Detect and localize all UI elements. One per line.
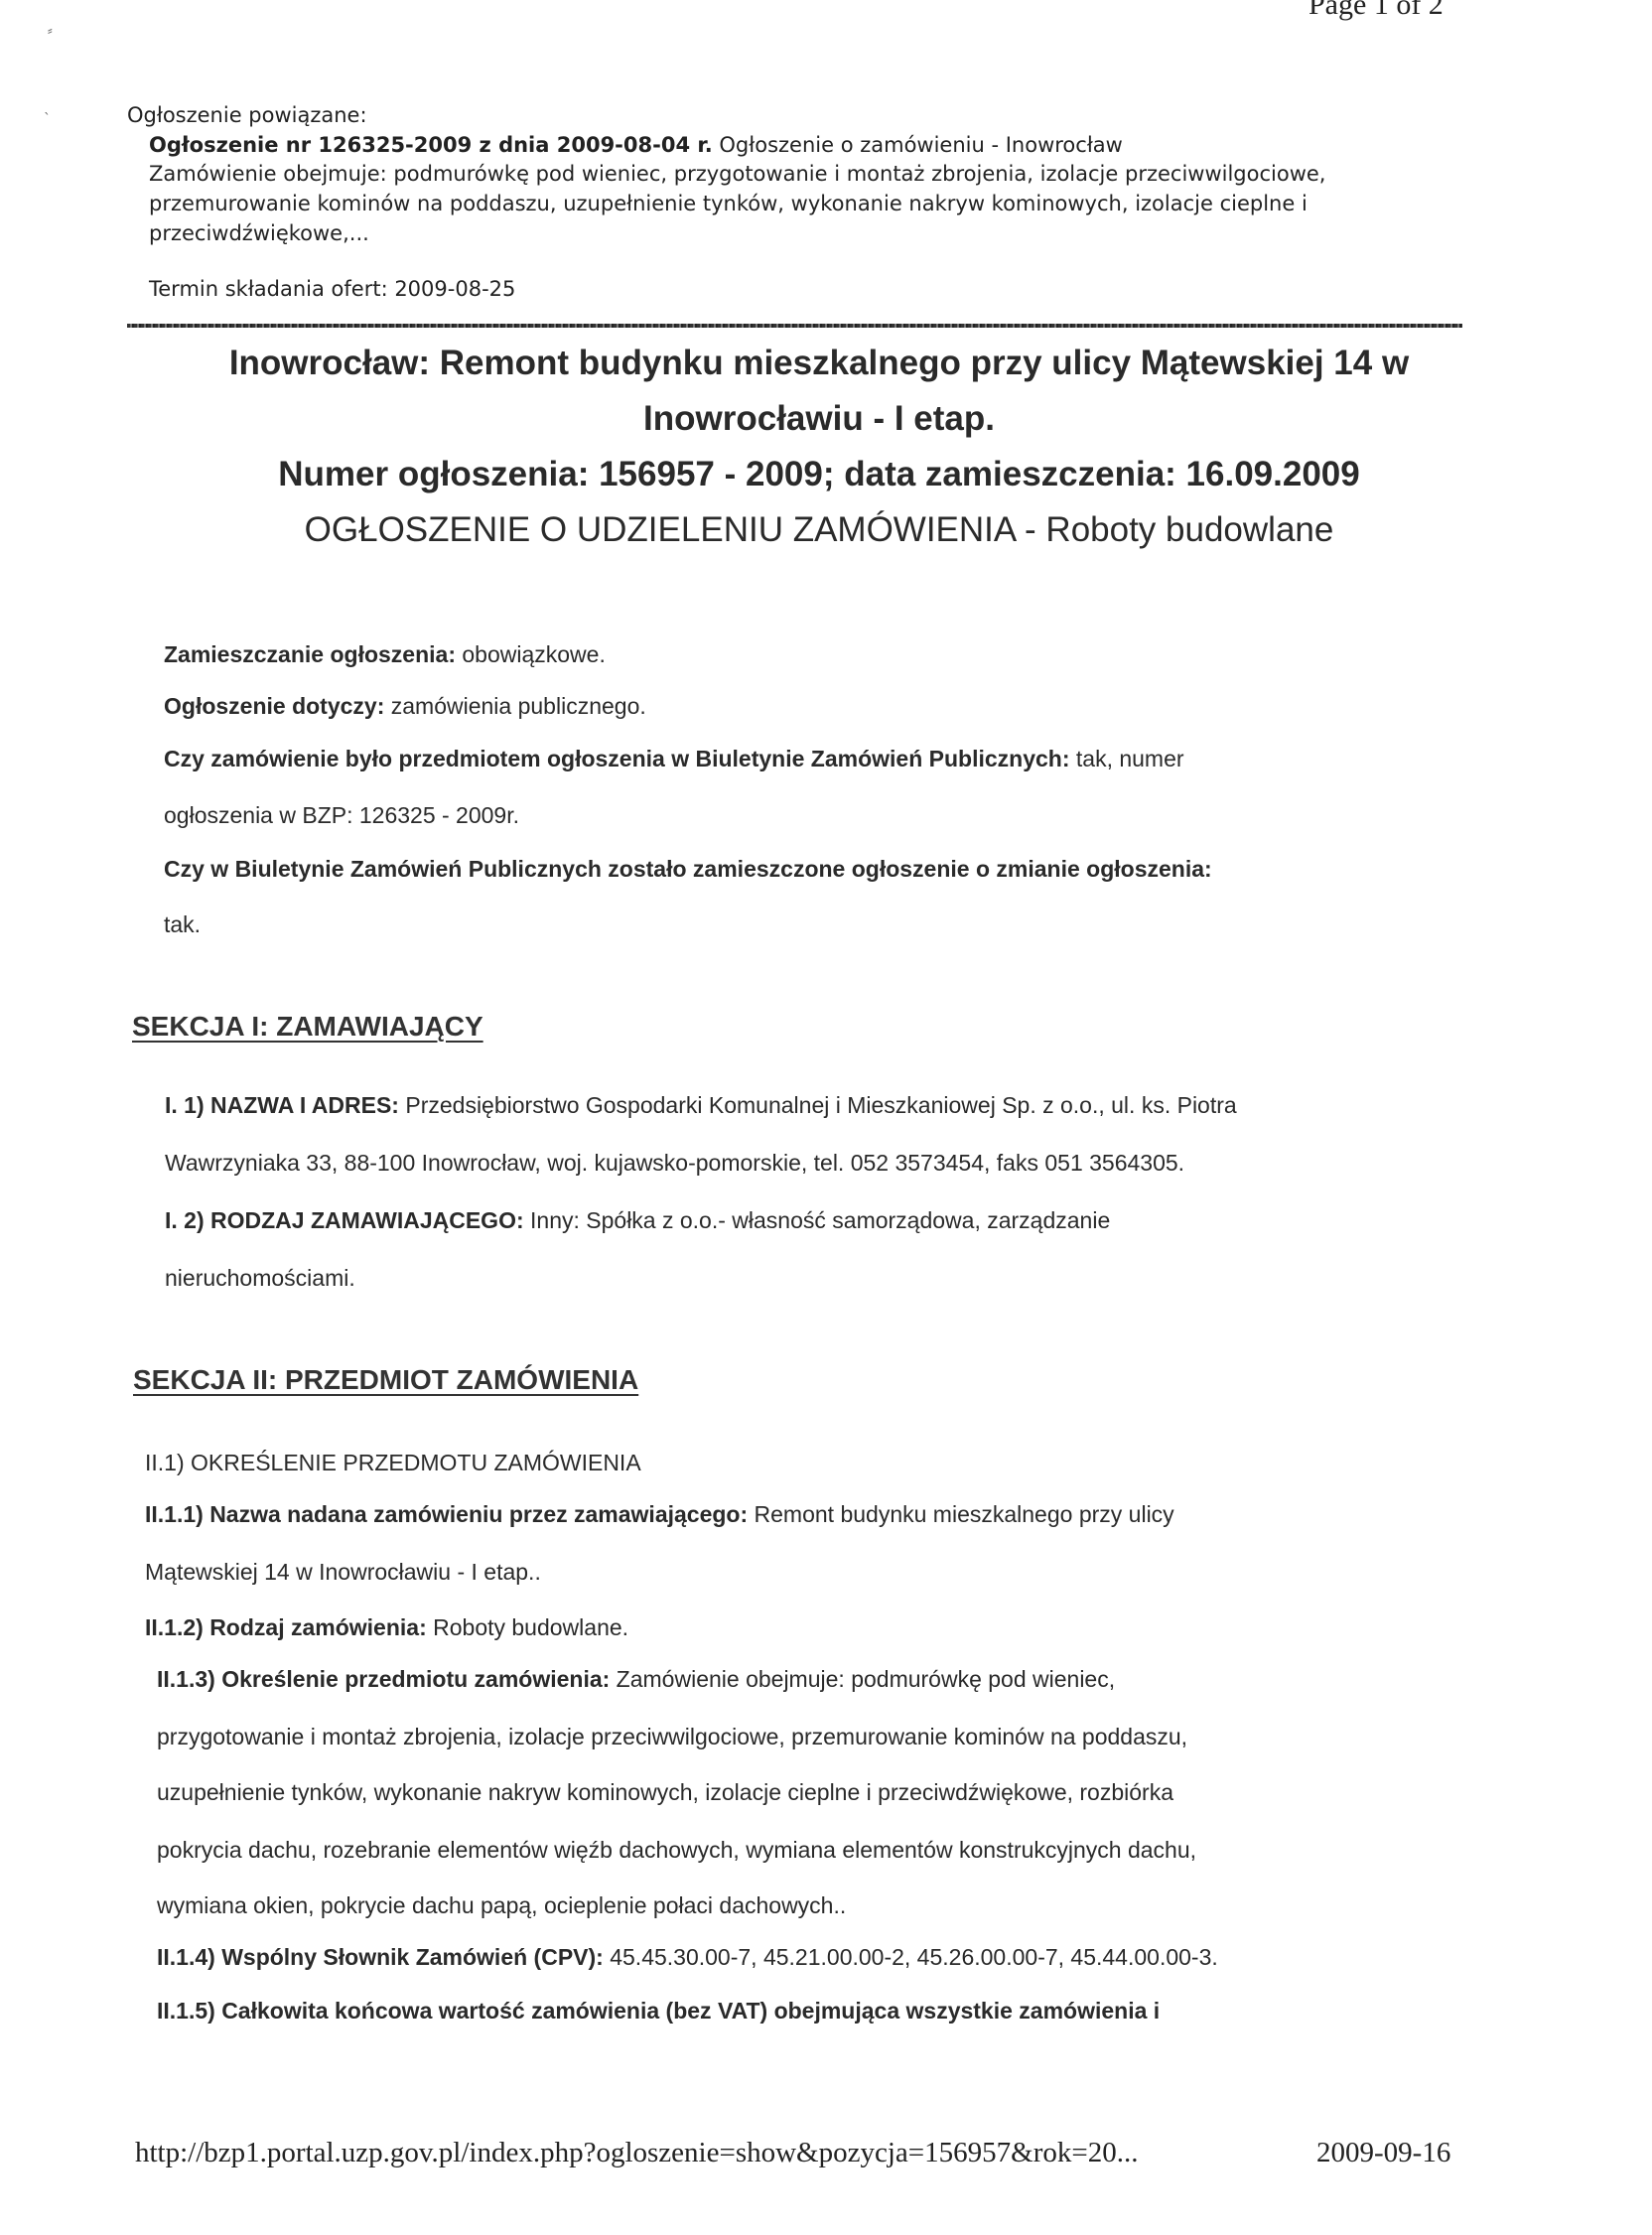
divider	[127, 324, 1462, 328]
section2-line: II.1.2) Rodzaj zamówienia: Roboty budowl…	[145, 1614, 628, 1641]
section2-line: II.1) OKREŚLENIE PRZEDMOTU ZAMÓWIENIA	[145, 1450, 641, 1476]
section2-line: uzupełnienie tynków, wykonanie nakryw ko…	[157, 1779, 1173, 1806]
related-notice-ref-bold: Ogłoszenie nr 126325-2009 z dnia 2009-08…	[149, 133, 713, 157]
section-heading-2: SEKCJA II: PRZEDMIOT ZAMÓWIENIA	[133, 1364, 638, 1396]
related-notice-ref-rest: Ogłoszenie o zamówieniu - Inowrocław	[713, 133, 1123, 157]
section1-line: I. 1) NAZWA I ADRES: Przedsiębiorstwo Go…	[165, 1092, 1237, 1119]
related-scope-line: przemurowanie kominów na poddaszu, uzupe…	[149, 192, 1308, 215]
section1-line: nieruchomościami.	[165, 1265, 355, 1292]
intro-line: Ogłoszenie dotyczy: zamówienia publiczne…	[164, 693, 646, 720]
related-deadline: Termin składania ofert: 2009-08-25	[149, 277, 515, 301]
intro-line: Czy zamówienie było przedmiotem ogłoszen…	[164, 746, 1184, 772]
related-notice-reference: Ogłoszenie nr 126325-2009 z dnia 2009-08…	[149, 133, 1123, 157]
footer-url: http://bzp1.portal.uzp.gov.pl/index.php?…	[135, 2137, 1138, 2169]
section2-line: II.1.3) Określenie przedmiotu zamówienia…	[157, 1666, 1115, 1693]
intro-line: Zamieszczanie ogłoszenia: obowiązkowe.	[164, 641, 606, 668]
intro-line: tak.	[164, 911, 201, 938]
notice-number-line: Numer ogłoszenia: 156957 - 2009; data za…	[149, 455, 1489, 494]
related-scope-line: Zamówienie obejmuje: podmurówkę pod wien…	[149, 162, 1325, 186]
page-number-header: Page 1 of 2	[1308, 0, 1444, 22]
intro-line: Czy w Biuletynie Zamówień Publicznych zo…	[164, 856, 1212, 883]
related-label: Ogłoszenie powiązane:	[127, 103, 367, 127]
notice-type: OGŁOSZENIE O UDZIELENIU ZAMÓWIENIA - Rob…	[149, 510, 1489, 550]
section2-line: Mątewskiej 14 w Inowrocławiu - I etap..	[145, 1559, 541, 1586]
intro-line: ogłoszenia w BZP: 126325 - 2009r.	[164, 802, 519, 829]
section2-line: przygotowanie i montaż zbrojenia, izolac…	[157, 1724, 1187, 1750]
scan-artifact: ⸗	[48, 22, 53, 39]
section1-line: I. 2) RODZAJ ZAMAWIAJĄCEGO: Inny: Spółka…	[165, 1207, 1110, 1234]
section2-line: II.1.4) Wspólny Słownik Zamówień (CPV): …	[157, 1944, 1218, 1971]
page-title-line1: Inowrocław: Remont budynku mieszkalnego …	[149, 344, 1489, 383]
related-scope-line: przeciwdźwiękowe,...	[149, 221, 369, 245]
section-heading-1: SEKCJA I: ZAMAWIAJĄCY	[132, 1011, 483, 1043]
scan-artifact: ˎ	[44, 99, 51, 115]
section2-line: pokrycia dachu, rozebranie elementów wię…	[157, 1837, 1196, 1864]
section1-line: Wawrzyniaka 33, 88-100 Inowrocław, woj. …	[165, 1150, 1184, 1177]
section2-line: II.1.5) Całkowita końcowa wartość zamówi…	[157, 1998, 1160, 2025]
page-title-line2: Inowrocławiu - I etap.	[149, 399, 1489, 439]
section2-line: II.1.1) Nazwa nadana zamówieniu przez za…	[145, 1501, 1174, 1528]
footer-date: 2009-09-16	[1316, 2137, 1450, 2169]
section2-line: wymiana okien, pokrycie dachu papą, ocie…	[157, 1892, 846, 1919]
